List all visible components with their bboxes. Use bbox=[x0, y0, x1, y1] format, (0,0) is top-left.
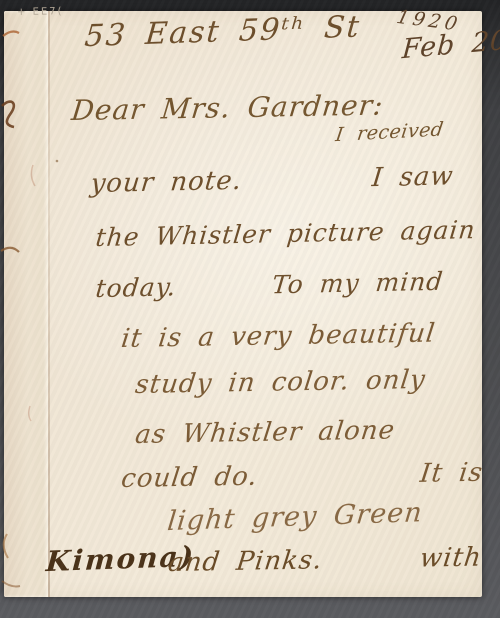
paper-fold-crease-line bbox=[48, 11, 50, 597]
body-line: as Whistler alone bbox=[134, 417, 397, 448]
salutation-line: Dear Mrs. Gardner: bbox=[70, 92, 385, 126]
paper-fold-strip bbox=[4, 11, 48, 597]
pencil-inventory-code: + EE7( bbox=[17, 7, 64, 18]
body-line: today. To my mind bbox=[94, 269, 444, 301]
body-line: your note. I saw bbox=[89, 163, 455, 197]
body-line: study in color. only bbox=[134, 367, 427, 398]
body-line: and Pinks. with bbox=[167, 545, 484, 577]
date-day: Feb 20 bbox=[401, 27, 500, 64]
body-line: could do. It is bbox=[120, 460, 485, 492]
body-line: the Whistler picture again bbox=[94, 217, 476, 250]
body-line: it is a very beautiful bbox=[120, 321, 437, 353]
photo-background: + EE7( 53 East 59ᵗʰ St 1920 Feb 20 Dear … bbox=[0, 0, 500, 618]
